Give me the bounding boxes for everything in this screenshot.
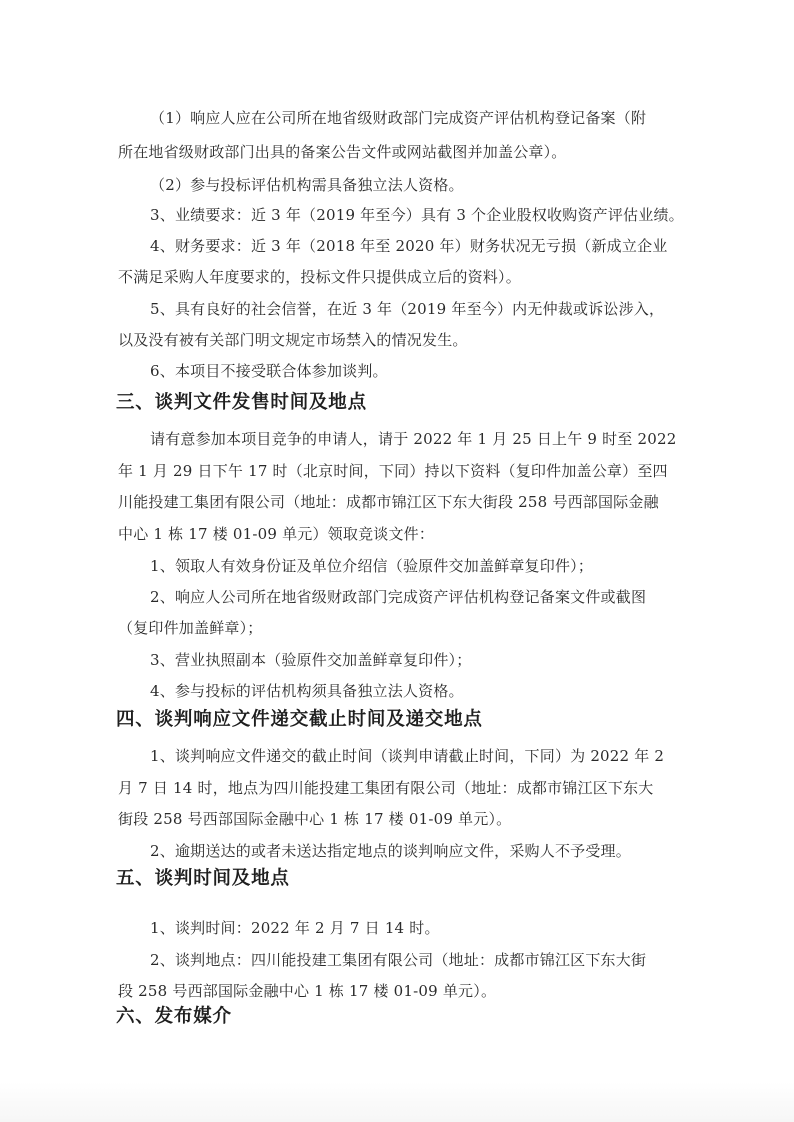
paragraph-line: 月 7 日 14 时，地点为四川能投建工集团有限公司（地址：成都市锦江区下东大 xyxy=(118,778,680,798)
section-heading-4: 四、谈判响应文件递交截止时间及递交地点 xyxy=(116,708,483,732)
document-page: （1）响应人应在公司所在地省级财政部门完成资产评估机构登记备案（附 所在地省级财… xyxy=(0,0,794,1122)
paragraph-line: 1、谈判时间：2022 年 2 月 7 日 14 时。 xyxy=(150,918,680,938)
paragraph-line: 年 1 月 29 日下午 17 时（北京时间，下同）持以下资料（复印件加盖公章）… xyxy=(118,461,680,481)
paragraph-line: 所在地省级财政部门出具的备案公告文件或网站截图并加盖公章）。 xyxy=(118,142,680,162)
paragraph-line: 街段 258 号西部国际金融中心 1 栋 17 楼 01-09 单元）。 xyxy=(118,809,680,829)
section-heading-3: 三、谈判文件发售时间及地点 xyxy=(116,391,367,415)
section-heading-5: 五、谈判时间及地点 xyxy=(116,867,290,891)
paragraph-line: （2）参与投标评估机构需具备独立法人资格。 xyxy=(150,175,680,195)
paragraph-line: 6、本项目不接受联合体参加谈判。 xyxy=(150,361,680,381)
paragraph-line: 2、谈判地点：四川能投建工集团有限公司（地址：成都市锦江区下东大街 xyxy=(150,950,680,970)
section-heading-6: 六、发布媒介 xyxy=(116,1005,232,1029)
paragraph-line: 3、业绩要求：近 3 年（2019 年至今）具有 3 个企业股权收购资产评估业绩… xyxy=(150,205,680,225)
paragraph-line: 5、具有良好的社会信誉，在近 3 年（2019 年至今）内无仲裁或诉讼涉入， xyxy=(150,299,680,319)
paragraph-line: 段 258 号西部国际金融中心 1 栋 17 楼 01-09 单元）。 xyxy=(118,981,680,1001)
paragraph-line: 中心 1 栋 17 楼 01-09 单元）领取竞谈文件： xyxy=(118,524,680,544)
paragraph-line: 请有意参加本项目竞争的申请人，请于 2022 年 1 月 25 日上午 9 时至… xyxy=(150,429,680,449)
paragraph-line: 1、领取人有效身份证及单位介绍信（验原件交加盖鲜章复印件）； xyxy=(150,556,680,576)
paragraph-line: 不满足采购人年度要求的，投标文件只提供成立后的资料）。 xyxy=(118,267,680,287)
paragraph-line: （1）响应人应在公司所在地省级财政部门完成资产评估机构登记备案（附 xyxy=(150,108,680,128)
paragraph-line: （复印件加盖鲜章）； xyxy=(118,618,680,638)
paragraph-line: 4、参与投标的评估机构须具备独立法人资格。 xyxy=(150,681,680,701)
paragraph-line: 2、响应人公司所在地省级财政部门完成资产评估机构登记备案文件或截图 xyxy=(150,587,680,607)
paragraph-line: 1、谈判响应文件递交的截止时间（谈判申请截止时间，下同）为 2022 年 2 xyxy=(150,746,680,766)
paragraph-line: 3、营业执照副本（验原件交加盖鲜章复印件）； xyxy=(150,650,680,670)
paragraph-line: 4、财务要求：近 3 年（2018 年至 2020 年）财务状况无亏损（新成立企… xyxy=(150,236,680,256)
paragraph-line: 川能投建工集团有限公司（地址：成都市锦江区下东大街段 258 号西部国际金融 xyxy=(118,492,680,512)
paragraph-line: 以及没有被有关部门明文规定市场禁入的情况发生。 xyxy=(118,330,680,350)
paragraph-line: 2、逾期送达的或者未送达指定地点的谈判响应文件，采购人不予受理。 xyxy=(150,841,680,861)
